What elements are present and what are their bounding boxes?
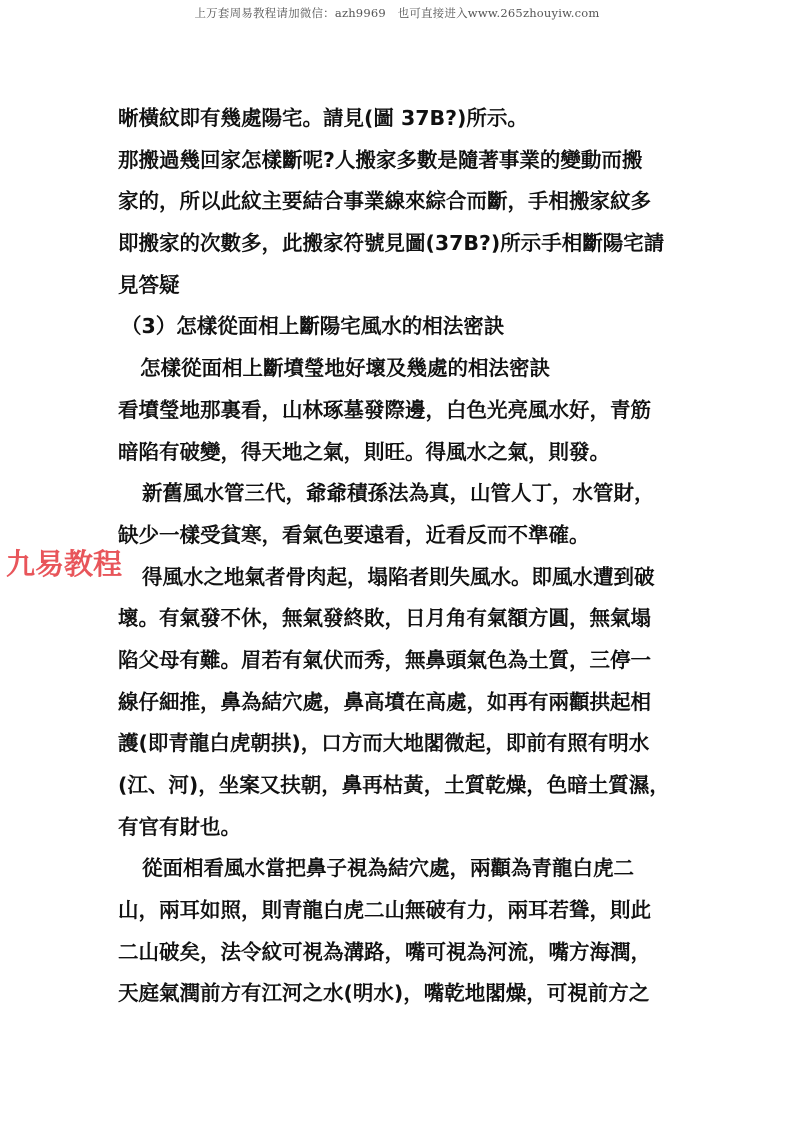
text-line: 二山破矣，法令紋可視為溝路，嘴可視為河流，嘴方海潤， (118, 932, 678, 974)
paragraph-start: 得風水之地氣者骨肉起，塌陷者則失風水。即風水遭到破 (118, 557, 678, 599)
watermark-logo: 九易教程 (6, 542, 122, 583)
text-line: 家的，所以此紋主要結合事業線來綜合而斷，手相搬家紋多 (118, 181, 678, 223)
text-line: (江、河)，坐案又扶朝，鼻再枯黃，土質乾燥，色暗土質濕， (118, 765, 678, 807)
section-heading: （3）怎樣從面相上斷陽宅風水的相法密訣 (118, 306, 678, 348)
text-line: 天庭氣潤前方有江河之水(明水)，嘴乾地閣燥，可視前方之 (118, 973, 678, 1015)
document-body: 晰橫紋即有幾處陽宅。請見(圖 37B?)所示。 那搬過幾回家怎樣斷呢?人搬家多數… (118, 98, 678, 1015)
paragraph-start: 從面相看風水當把鼻子視為結穴處，兩顴為青龍白虎二 (118, 848, 678, 890)
text-line: 那搬過幾回家怎樣斷呢?人搬家多數是隨著事業的變動而搬 (118, 140, 678, 182)
text-line: 山，兩耳如照，則青龍白虎二山無破有力，兩耳若聳，則此 (118, 890, 678, 932)
subsection-heading: 怎樣從面相上斷墳瑩地好壞及幾處的相法密訣 (118, 348, 678, 390)
text-line: 護(即青龍白虎朝拱)，口方而大地閣微起，即前有照有明水 (118, 723, 678, 765)
text-line: 暗陷有破變，得天地之氣，則旺。得風水之氣，則發。 (118, 432, 678, 474)
text-line: 看墳瑩地那裏看，山林琢墓發際邊，白色光亮風水好，青筋 (118, 390, 678, 432)
text-line: 見答疑 (118, 265, 678, 307)
text-line: 陷父母有難。眉若有氣伏而秀，無鼻頭氣色為土質，三停一 (118, 640, 678, 682)
paragraph-start: 新舊風水管三代，爺爺積孫法為真，山管人丁，水管財， (118, 473, 678, 515)
text-line: 線仔細推，鼻為結穴處，鼻高墳在高處，如再有兩顴拱起相 (118, 682, 678, 724)
text-line: 有官有財也。 (118, 807, 678, 849)
text-line: 即搬家的次數多，此搬家符號見圖(37B?)所示手相斷陽宅請 (118, 223, 678, 265)
text-line: 壞。有氣發不休，無氣發終敗，日月角有氣額方圓，無氣塌 (118, 598, 678, 640)
text-line: 晰橫紋即有幾處陽宅。請見(圖 37B?)所示。 (118, 98, 678, 140)
text-line: 缺少一樣受貧寒，看氣色要遠看，近看反而不準確。 (118, 515, 678, 557)
page-header-banner: 上万套周易教程请加微信：azh9969 也可直接进入www.265zhouyiw… (0, 5, 794, 21)
